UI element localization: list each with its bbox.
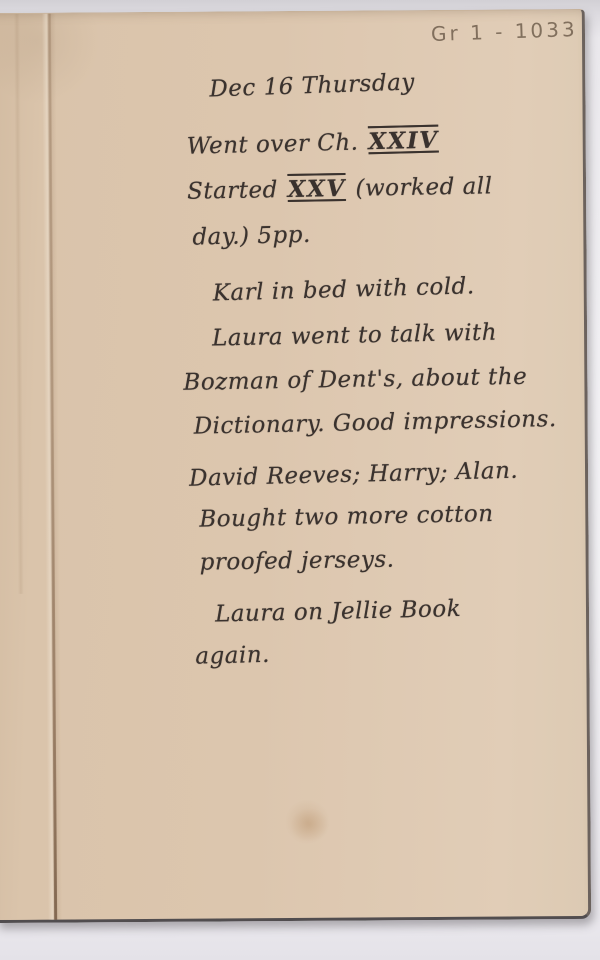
line-text: Bought two more cotton bbox=[199, 501, 494, 533]
diary-line-again: again. bbox=[195, 642, 270, 670]
paper-stain bbox=[285, 804, 333, 846]
line-text: Karl in bed with cold. bbox=[212, 273, 475, 306]
diary-line-bought: Bought two more cotton bbox=[199, 501, 494, 533]
diary-line-bozman: Bozman of Dent's, about the bbox=[183, 364, 527, 396]
line-text: Bozman of Dent's, about the bbox=[183, 364, 527, 396]
line-text: Laura went to talk with bbox=[212, 320, 498, 352]
diary-line-date: Dec 16 Thursday bbox=[209, 69, 415, 102]
roman-numeral-xxiv: XXIV bbox=[366, 127, 441, 156]
diary-page: Gr 1 - 1033 Dec 16 Thursday Went over Ch… bbox=[0, 9, 591, 923]
catalog-number: Gr 1 - 1033 bbox=[431, 17, 578, 46]
diary-line-laura-talk: Laura went to talk with bbox=[212, 320, 498, 352]
line-text: day.) 5pp. bbox=[192, 222, 311, 251]
line-text: Dictionary. Good impressions. bbox=[193, 406, 557, 440]
line-text: Started bbox=[187, 177, 286, 205]
roman-numeral-xxv: XXV bbox=[285, 175, 348, 203]
diary-line-dictionary: Dictionary. Good impressions. bbox=[193, 406, 557, 440]
line-text: again. bbox=[195, 642, 270, 670]
line-text: Laura on Jellie Book bbox=[215, 596, 462, 628]
line-text: proofed jerseys. bbox=[199, 547, 394, 576]
diary-line-karl: Karl in bed with cold. bbox=[212, 273, 475, 306]
diary-line-chapter-started: Started XXV (worked all bbox=[187, 172, 493, 204]
date-text: Dec 16 Thursday bbox=[209, 69, 415, 102]
diary-line-laura-book: Laura on Jellie Book bbox=[215, 596, 462, 628]
diary-line-names: David Reeves; Harry; Alan. bbox=[189, 458, 519, 492]
line-text: (worked all bbox=[347, 173, 492, 202]
fold-crease bbox=[42, 14, 62, 920]
diary-line-chapter-reviewed: Went over Ch. XXIV bbox=[186, 127, 440, 160]
fold-crease-faint bbox=[14, 14, 24, 594]
line-text: Went over Ch. bbox=[186, 129, 366, 159]
line-text: David Reeves; Harry; Alan. bbox=[189, 458, 519, 492]
diary-line-jerseys: proofed jerseys. bbox=[199, 547, 394, 576]
diary-line-pages-written: day.) 5pp. bbox=[192, 222, 311, 251]
scanner-background: Gr 1 - 1033 Dec 16 Thursday Went over Ch… bbox=[0, 0, 600, 960]
